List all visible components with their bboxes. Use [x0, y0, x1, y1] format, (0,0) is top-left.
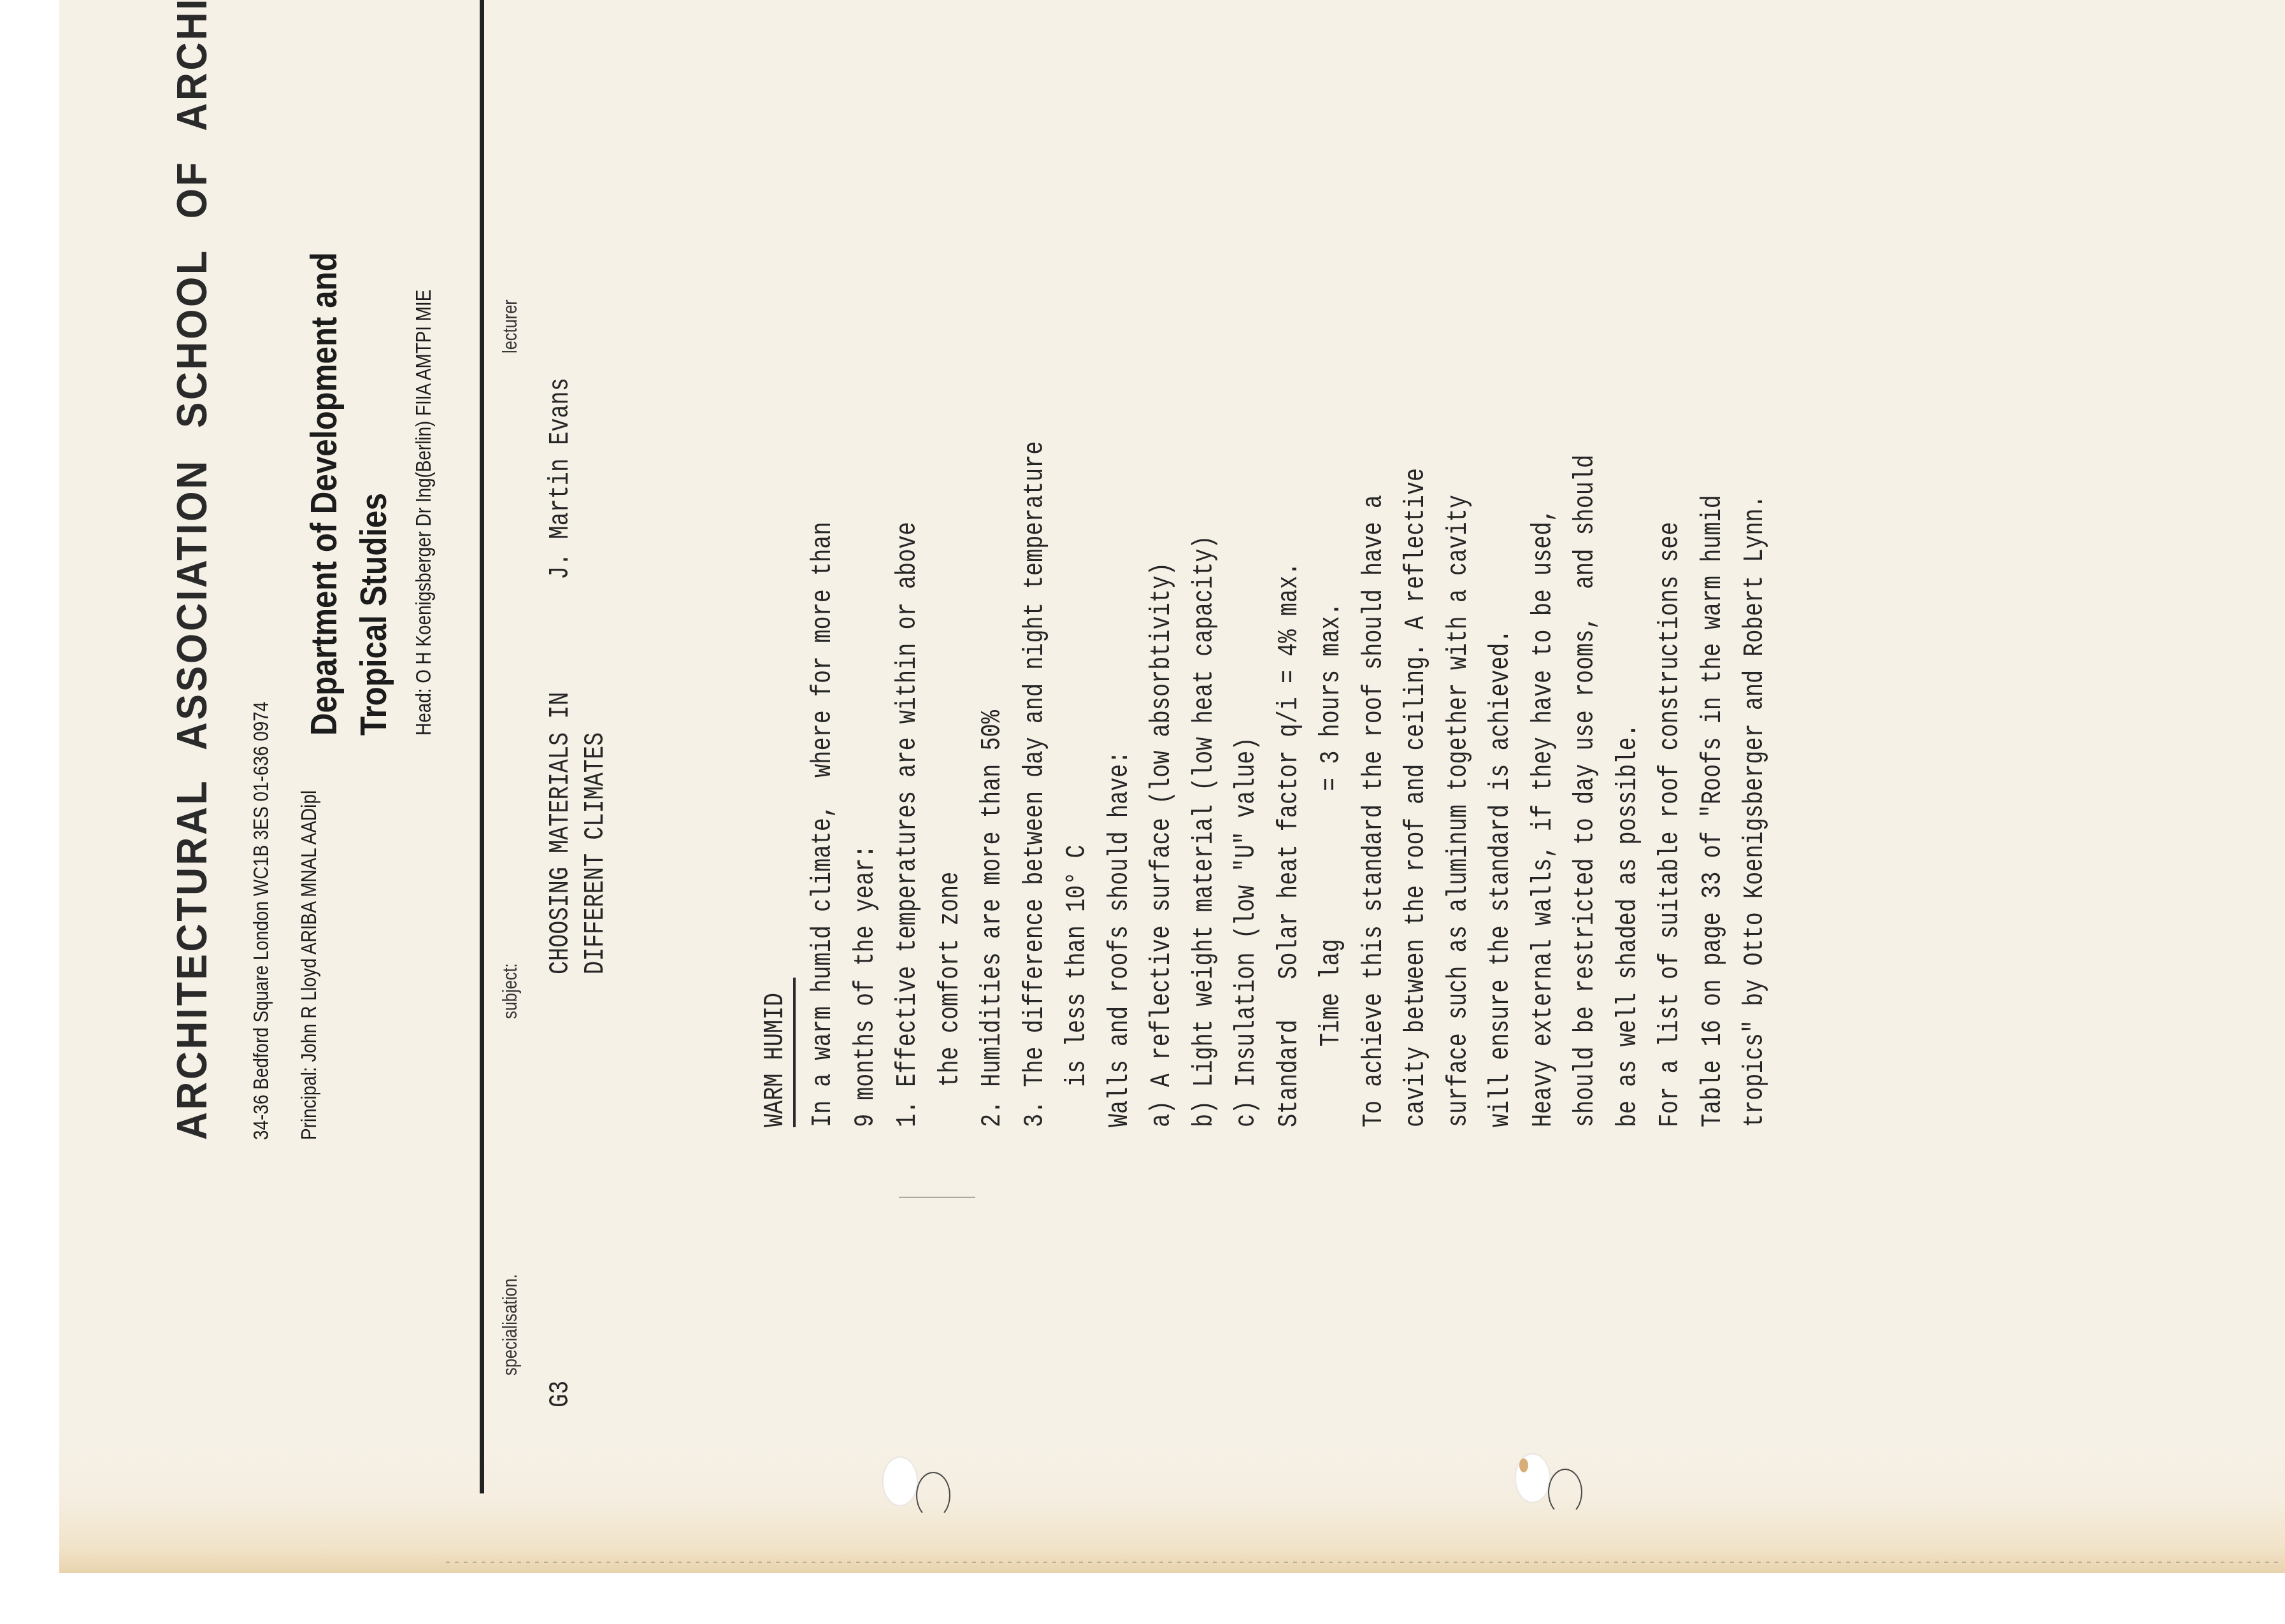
body-line: cavity between the roof and ceiling. A r…	[1402, 468, 1430, 1127]
body-line: b) Light weight material (low heat capac…	[1191, 536, 1219, 1127]
body-line: Walls and roofs should have:	[1106, 751, 1134, 1127]
body-line: For a list of suitable roof construction…	[1656, 522, 1684, 1127]
body-line: Standard Solar heat factor q/i = 4% max.	[1275, 562, 1303, 1127]
punch-hole	[882, 1457, 918, 1506]
body-line: will ensure the standard is achieved.	[1487, 629, 1515, 1127]
scan-mark	[899, 1197, 975, 1198]
address: 34-36 Bedford Square London WC1B 3ES 01-…	[250, 702, 272, 1140]
body-line: 9 months of the year:	[852, 844, 880, 1127]
specialisation-label: specialisation.	[500, 1274, 520, 1376]
body-line: Time lag = 3 hours max.	[1317, 602, 1345, 1127]
body-line: a) A reflective surface (low absorbtivit…	[1148, 562, 1176, 1127]
department-name-line2: Tropical Studies	[355, 493, 392, 736]
heading-underline	[793, 978, 796, 1127]
body-line: To achieve this standard the roof should…	[1360, 495, 1388, 1127]
rotated-page: ARCHITECTURAL ASSOCIATION SCHOOL OF ARCH…	[0, 0, 2285, 1624]
body-line: Table 16 on page 33 of "Roofs in the war…	[1699, 495, 1727, 1127]
department-head: Head: O H Koenigsberger Dr Ing(Berlin) F…	[413, 290, 434, 736]
department-name-line1: Department of Development and	[306, 252, 343, 736]
body-line: surface such as aluminum together with a…	[1445, 495, 1473, 1127]
body-line: should be restricted to day use rooms, a…	[1572, 455, 1600, 1127]
subject-line1: CHOOSING MATERIALS IN	[547, 692, 575, 974]
scan-edge-line	[446, 1562, 2281, 1563]
punch-hole-reinforcement	[916, 1472, 950, 1519]
subject-label: subject:	[500, 963, 520, 1019]
lecturer-label: lecturer	[500, 299, 520, 353]
body-line: is less than 10° C	[1063, 844, 1091, 1127]
institution-title: ARCHITECTURAL ASSOCIATION SCHOOL OF ARCH…	[171, 0, 213, 1140]
rust-stain	[1519, 1458, 1528, 1472]
body-line: 3. The difference between day and night …	[1021, 441, 1049, 1127]
specialisation-value: G3	[547, 1381, 575, 1407]
body-line: the comfort zone	[936, 872, 964, 1127]
body-line: be as well shaded as possible.	[1614, 723, 1642, 1127]
body-line: tropics" by Otto Koenigsberger and Rober…	[1741, 495, 1769, 1127]
principal: Principal: John R Lloyd ARIBA MNAL AADip…	[298, 790, 320, 1140]
header-divider-rule	[480, 0, 484, 1493]
body-line: 1. Effective temperatures are within or …	[894, 522, 922, 1127]
body-line: 2. Humidities are more than 50%	[978, 710, 1006, 1127]
section-heading: WARM HUMID	[761, 993, 789, 1127]
body-line: c) Insulation (low "U" value)	[1233, 737, 1261, 1127]
subject-line2: DIFFERENT CLIMATES	[582, 732, 610, 974]
body-line: Heavy external walls, if they have to be…	[1529, 508, 1558, 1127]
body-line: In a warm humid climate, where for more …	[809, 522, 837, 1127]
lecturer-value: J. Martin Evans	[547, 378, 575, 580]
punch-hole-reinforcement	[1548, 1469, 1582, 1516]
